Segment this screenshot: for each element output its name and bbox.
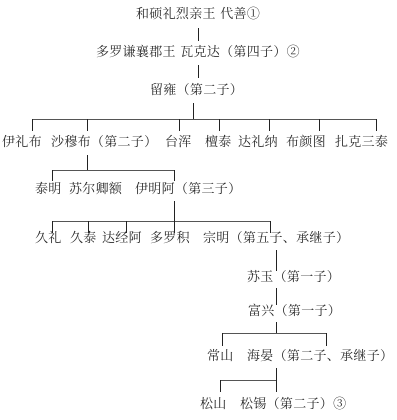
node-jiuli: 久礼 (35, 231, 62, 247)
node-tantai: 檀泰 (205, 135, 232, 151)
sibling-bar (52, 170, 175, 171)
sibling-bar (220, 380, 277, 381)
sibling-bar (52, 221, 271, 222)
node-taihun: 台浑 (165, 135, 192, 151)
connector-line (198, 28, 199, 41)
node-zhakesantai: 扎克三泰 (335, 135, 388, 151)
connector-line (326, 333, 327, 346)
connector-line (179, 119, 180, 131)
connector-line (276, 380, 277, 392)
node-duoluoji: 多罗积 (150, 231, 190, 247)
connector-line (32, 119, 33, 131)
node-fuxing: 富兴（第一子） (248, 304, 341, 320)
node-wakeda: 多罗谦襄郡王 瓦克达（第四子）② (96, 45, 300, 61)
node-jiutai: 久泰 (70, 231, 97, 247)
connector-line (376, 119, 377, 131)
connector-line (198, 65, 199, 78)
connector-line (219, 119, 220, 131)
connector-line (269, 119, 270, 131)
node-suerqinge: 苏尔卿额 (69, 182, 122, 198)
connector-line (87, 119, 88, 131)
connector-line (52, 170, 53, 181)
node-haiyan: 海晏（第二子、承继子） (247, 349, 393, 365)
node-dajingA: 达经阿 (102, 231, 142, 247)
node-zongming: 宗明（第五子、承继子） (203, 231, 349, 247)
node-yimingA: 伊明阿（第三子） (135, 182, 241, 198)
node-changshan: 常山 (207, 349, 234, 365)
connector-line (174, 201, 175, 222)
node-taiming: 泰明 (35, 182, 62, 198)
connector-line (222, 333, 223, 346)
node-liuyong: 留雍（第二子） (150, 83, 243, 99)
node-dalina: 达礼纳 (238, 135, 278, 151)
connector-line (220, 380, 221, 392)
node-daishan: 和硕礼烈亲王 代善① (136, 7, 260, 23)
connector-line (276, 250, 277, 271)
node-buyantu: 布颜图 (286, 135, 326, 151)
connector-line (174, 170, 175, 181)
sibling-bar (222, 333, 327, 334)
node-yilibu: 伊礼布 (2, 135, 42, 151)
connector-line (87, 155, 88, 171)
node-songshan: 松山 (200, 397, 227, 413)
connector-line (319, 119, 320, 131)
connector-line (276, 288, 277, 305)
node-shamubu: 沙穆布（第二子） (51, 135, 157, 151)
node-songxi: 松锡（第二子）③ (240, 397, 346, 413)
node-suyu: 苏玉（第一子） (247, 270, 340, 286)
connector-line (193, 103, 194, 120)
sibling-bar (32, 119, 377, 120)
